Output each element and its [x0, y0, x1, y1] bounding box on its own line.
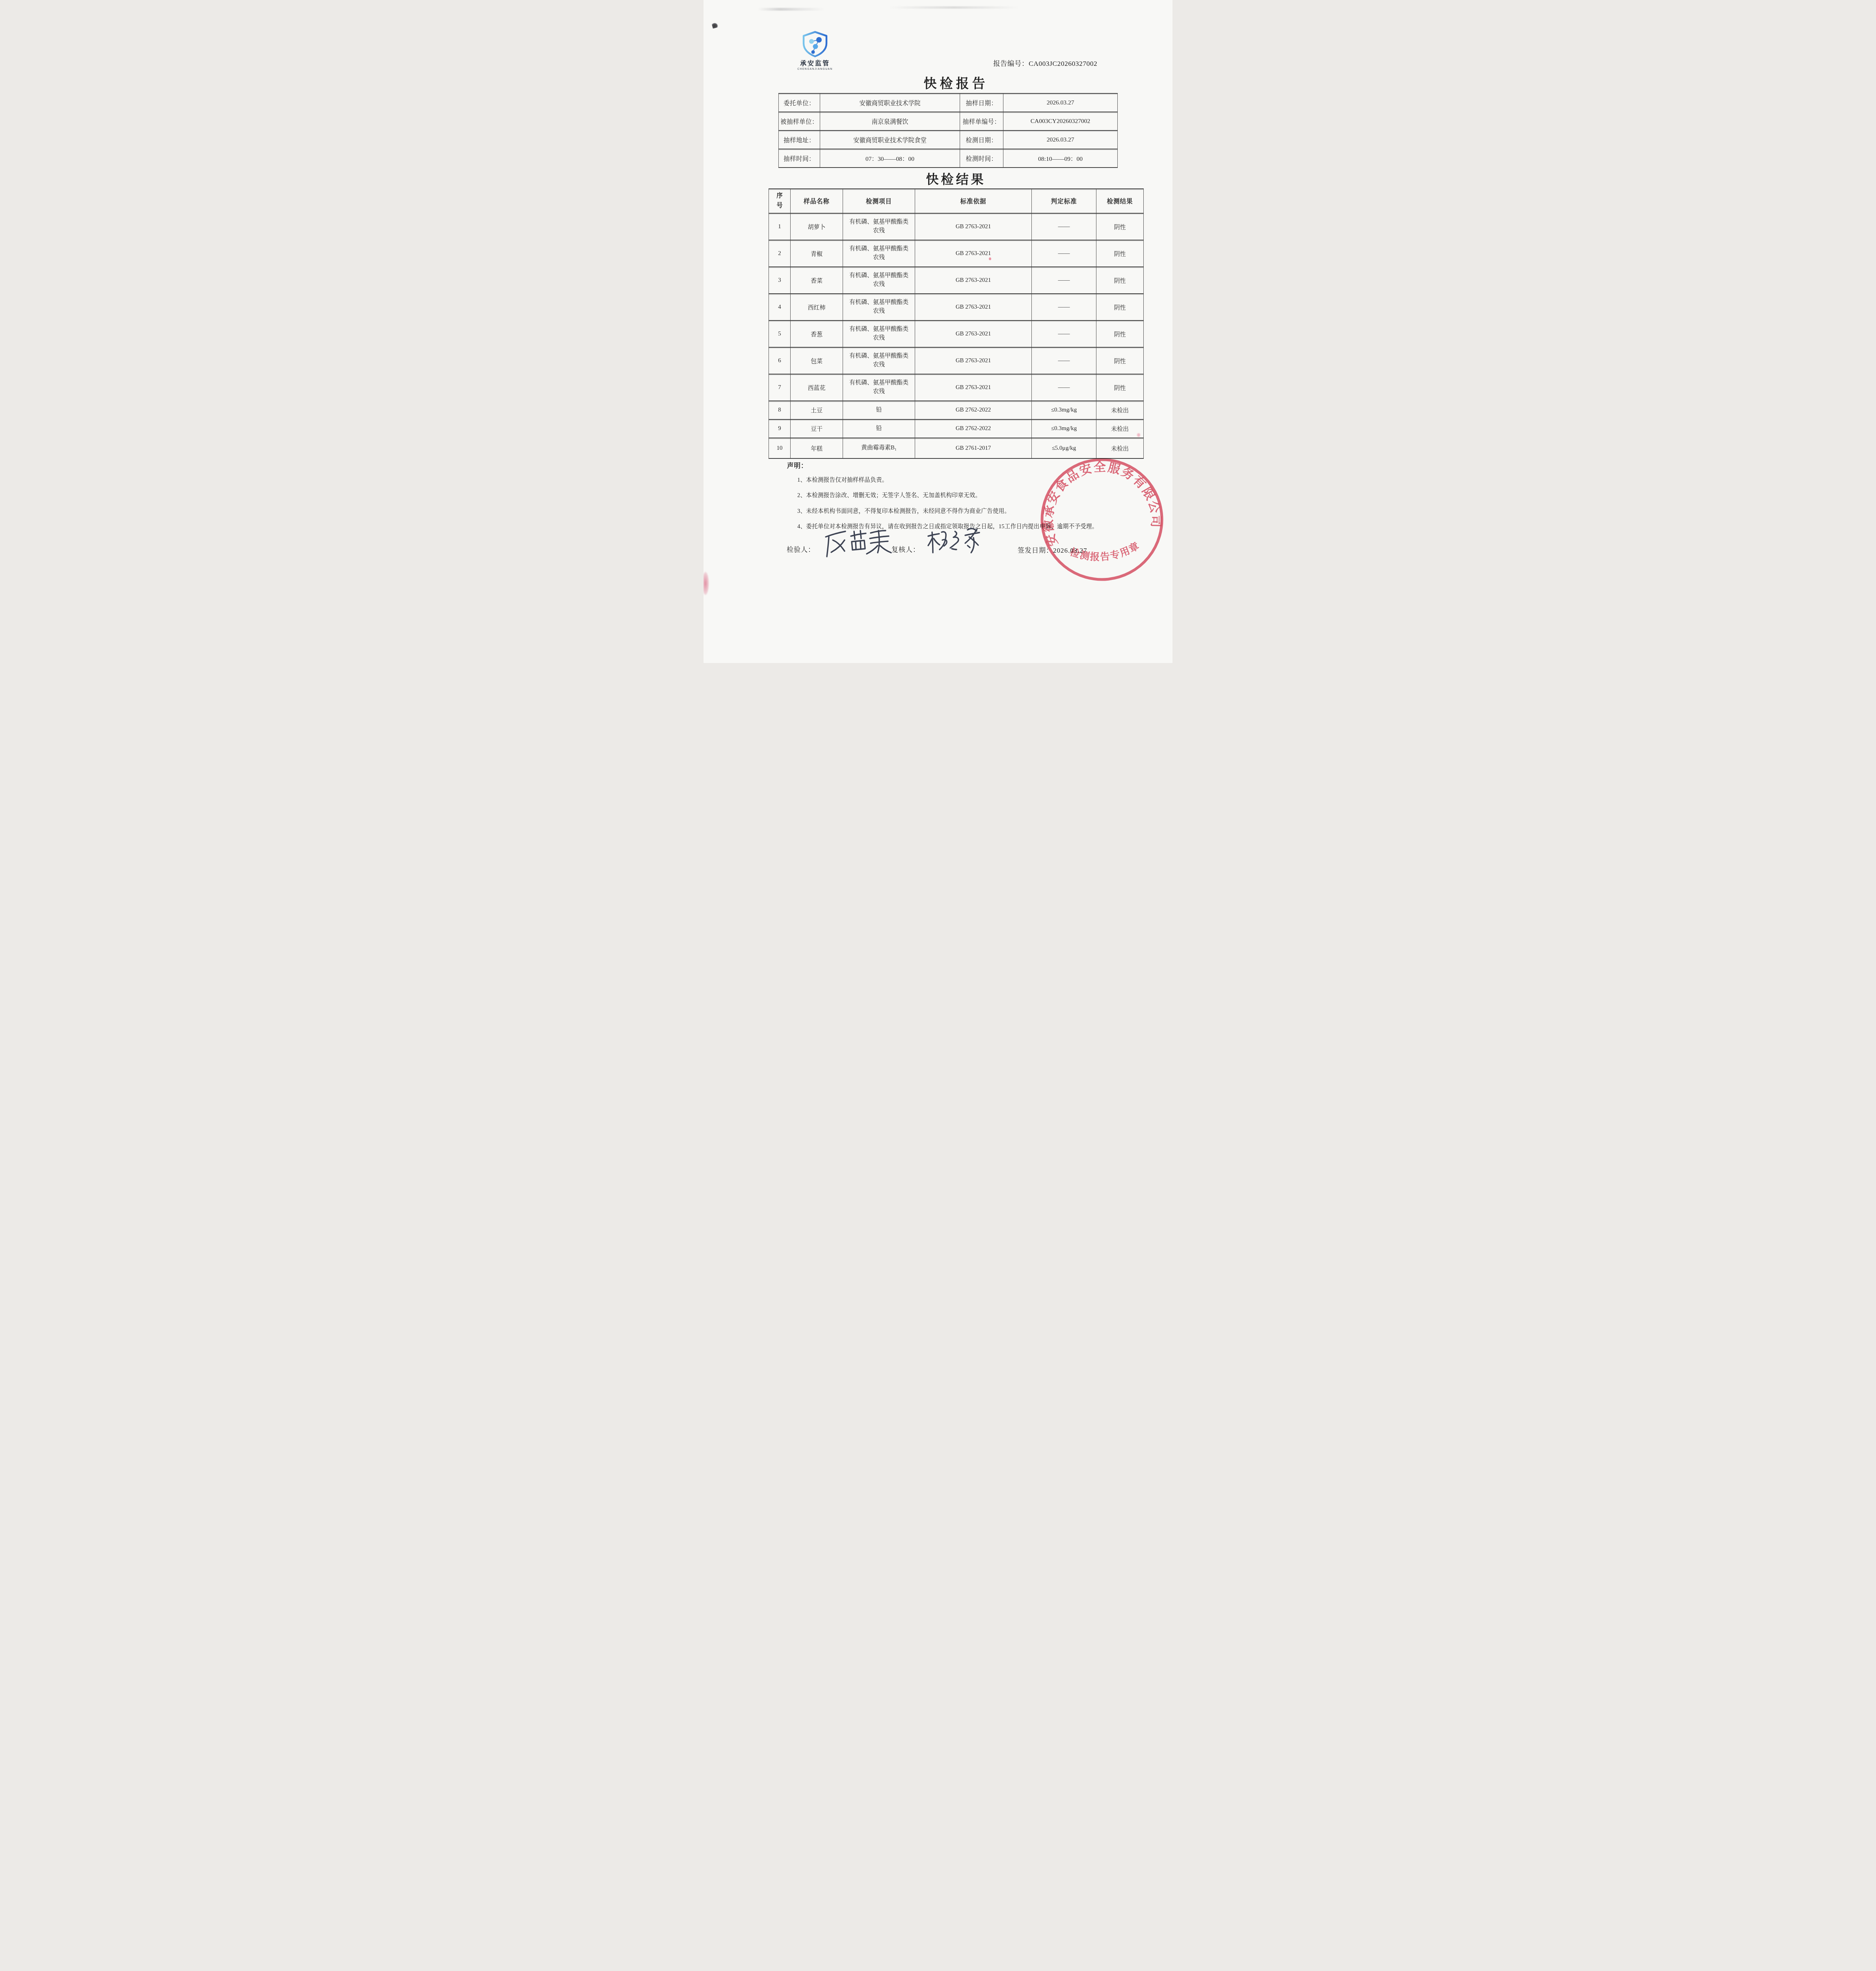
table-row: 委托单位： 安徽商贸职业技术学院 抽样日期： 2026.03.27 [779, 93, 1118, 112]
scan-smudge-mark [712, 22, 718, 28]
cell-result: 阴性 [1096, 294, 1144, 320]
info-label: 检测时间： [960, 149, 1003, 168]
cell-sample: 年糕 [791, 438, 843, 458]
info-label: 抽样时间： [779, 149, 820, 168]
col-header-result: 检测结果 [1096, 189, 1144, 213]
cell-sample: 青椒 [791, 240, 843, 267]
sample-info-table: 委托单位： 安徽商贸职业技术学院 抽样日期： 2026.03.27 被抽样单位：… [778, 93, 1118, 168]
cell-sample: 香葱 [791, 320, 843, 347]
col-header-seq: 序号 [769, 189, 791, 213]
col-header-sample: 样品名称 [791, 189, 843, 213]
cell-seq: 6 [769, 347, 791, 374]
issue-date-label: 签发日期： [1018, 547, 1053, 554]
cell-item: 有机磷、氨基甲酸酯类农残 [843, 294, 915, 320]
report-number-line: 报告编号：CA003JC20260327002 [993, 58, 1135, 68]
scan-smudge-band [758, 8, 825, 11]
cell-sample: 香菜 [791, 267, 843, 294]
statement-item: 1、本检测报告仅对抽样样品负责。 [797, 475, 1134, 485]
cell-criterion: —— [1032, 294, 1096, 320]
cell-standard: GB 2761-2017 [915, 438, 1032, 458]
cell-sample: 西红柿 [791, 294, 843, 320]
table-row: 7 西蓝花 有机磷、氨基甲酸酯类农残 GB 2763-2021 —— 阴性 [769, 374, 1144, 401]
info-label: 抽样单编号： [960, 112, 1003, 130]
report-number-value: CA003JC20260327002 [1029, 60, 1097, 67]
cell-item: 有机磷、氨基甲酸酯类农残 [843, 320, 915, 347]
cell-item: 有机磷、氨基甲酸酯类农残 [843, 267, 915, 294]
cell-criterion: ≤5.0μg/kg [1032, 438, 1096, 458]
cell-standard: GB 2763-2021 [915, 240, 1032, 267]
info-value: 2026.03.27 [1003, 130, 1118, 149]
cell-seq: 8 [769, 401, 791, 419]
table-row: 抽样地址： 安徽商贸职业技术学院食堂 检测日期： 2026.03.27 [779, 130, 1118, 149]
cell-seq: 7 [769, 374, 791, 401]
statement-label: 声明： [787, 460, 1134, 470]
statement-item: 2、本检测报告涂改、增删无效；无签字人签名、无加盖机构印章无效。 [797, 491, 1134, 501]
shield-molecule-icon [800, 31, 830, 58]
cell-seq: 5 [769, 320, 791, 347]
report-number-label: 报告编号： [993, 60, 1029, 67]
cell-sample: 土豆 [791, 401, 843, 419]
cell-item: 铅 [843, 419, 915, 438]
page-title: 快检报告 [769, 73, 1143, 92]
cell-criterion: —— [1032, 213, 1096, 240]
cell-standard: GB 2763-2021 [915, 320, 1032, 347]
cell-seq: 9 [769, 419, 791, 438]
table-row: 6 包菜 有机磷、氨基甲酸酯类农残 GB 2763-2021 —— 阴性 [769, 347, 1144, 374]
table-row: 9 豆干 铅 GB 2762-2022 ≤0.3mg/kg 未检出 [769, 419, 1144, 438]
cell-result: 阴性 [1096, 320, 1144, 347]
info-label: 抽样日期： [960, 93, 1003, 112]
info-value: 08:10——09：00 [1003, 149, 1118, 168]
col-header-criterion: 判定标准 [1032, 189, 1096, 213]
reviewer-label: 复核人： [891, 544, 920, 554]
cell-item: 有机磷、氨基甲酸酯类农残 [843, 347, 915, 374]
cell-standard: GB 2763-2021 [915, 374, 1032, 401]
cell-result: 阴性 [1096, 267, 1144, 294]
reviewer-signature [927, 525, 990, 560]
cell-standard: GB 2763-2021 [915, 267, 1032, 294]
inspector-signature [820, 527, 895, 560]
statement-section: 声明： 1、本检测报告仅对抽样样品负责。 2、本检测报告涂改、增删无效；无签字人… [787, 460, 1134, 532]
table-row: 2 青椒 有机磷、氨基甲酸酯类农残 GB 2763-2021 —— 阴性 [769, 240, 1144, 267]
cell-standard: GB 2763-2021 [915, 294, 1032, 320]
table-row: 3 香菜 有机磷、氨基甲酸酯类农残 GB 2763-2021 —— 阴性 [769, 267, 1144, 294]
results-section-title: 快检结果 [769, 170, 1143, 188]
cell-result: 阴性 [1096, 213, 1144, 240]
cell-item: 铅 [843, 401, 915, 419]
logo-brand-text: 承安监管 [789, 58, 841, 67]
cell-criterion: ≤0.3mg/kg [1032, 401, 1096, 419]
cell-item: 有机磷、氨基甲酸酯类农残 [843, 374, 915, 401]
cell-item: 黄曲霉毒素B₁ [843, 438, 915, 458]
cell-result: 阴性 [1096, 374, 1144, 401]
scan-smudge-band [889, 6, 1019, 9]
cell-criterion: ≤0.3mg/kg [1032, 419, 1096, 438]
cell-result: 未检出 [1096, 419, 1144, 438]
cell-seq: 2 [769, 240, 791, 267]
cell-sample: 包菜 [791, 347, 843, 374]
cell-seq: 4 [769, 294, 791, 320]
cell-item: 有机磷、氨基甲酸酯类农残 [843, 240, 915, 267]
cell-result: 阴性 [1096, 347, 1144, 374]
logo-latin-text: CHENGANJIANGUAN [789, 68, 841, 71]
cell-standard: GB 2763-2021 [915, 347, 1032, 374]
cell-seq: 3 [769, 267, 791, 294]
cell-result: 未检出 [1096, 401, 1144, 419]
issue-date-value: 2026.03.27 [1053, 547, 1087, 554]
cell-criterion: —— [1032, 347, 1096, 374]
cell-standard: GB 2763-2021 [915, 213, 1032, 240]
cell-standard: GB 2762-2022 [915, 401, 1032, 419]
info-value: CA003CY20260327002 [1003, 112, 1118, 130]
report-page: 承安监管 CHENGANJIANGUAN 报告编号：CA003JC2026032… [703, 0, 1172, 663]
info-label: 抽样地址： [779, 130, 820, 149]
cell-criterion: —— [1032, 320, 1096, 347]
cell-sample: 豆干 [791, 419, 843, 438]
cell-result: 未检出 [1096, 438, 1144, 458]
info-label: 被抽样单位： [779, 112, 820, 130]
cell-sample: 胡萝卜 [791, 213, 843, 240]
table-row: 被抽样单位： 南京泉满餐饮 抽样单编号： CA003CY20260327002 [779, 112, 1118, 130]
scan-ink-smudge [703, 572, 709, 595]
issue-date-line: 签发日期：2026.03.27 [1018, 545, 1087, 555]
signature-line: 检验人： 复核人： [703, 524, 1172, 572]
info-value: 安徽商贸职业技术学院 [820, 93, 960, 112]
info-label: 检测日期： [960, 130, 1003, 149]
cell-criterion: —— [1032, 240, 1096, 267]
table-row: 1 胡萝卜 有机磷、氨基甲酸酯类农残 GB 2763-2021 —— 阴性 [769, 213, 1144, 240]
table-row: 8 土豆 铅 GB 2762-2022 ≤0.3mg/kg 未检出 [769, 401, 1144, 419]
info-label: 委托单位： [779, 93, 820, 112]
cell-standard: GB 2762-2022 [915, 419, 1032, 438]
cell-seq: 1 [769, 213, 791, 240]
cell-criterion: —— [1032, 374, 1096, 401]
table-row: 10 年糕 黄曲霉毒素B₁ GB 2761-2017 ≤5.0μg/kg 未检出 [769, 438, 1144, 458]
cell-item: 有机磷、氨基甲酸酯类农残 [843, 213, 915, 240]
table-row: 抽样时间： 07：30——08：00 检测时间： 08:10——09：00 [779, 149, 1118, 168]
table-row: 4 西红柿 有机磷、氨基甲酸酯类农残 GB 2763-2021 —— 阴性 [769, 294, 1144, 320]
info-value: 2026.03.27 [1003, 93, 1118, 112]
cell-sample: 西蓝花 [791, 374, 843, 401]
table-row: 5 香葱 有机磷、氨基甲酸酯类农残 GB 2763-2021 —— 阴性 [769, 320, 1144, 347]
agency-logo: 承安监管 CHENGANJIANGUAN [789, 31, 841, 71]
statement-item: 3、未经本机构书面同意，不得复印本检测报告，未经同意不得作为商业广告使用。 [797, 507, 1134, 516]
col-header-item: 检测项目 [843, 189, 915, 213]
results-header-row: 序号 样品名称 检测项目 标准依据 判定标准 检测结果 [769, 189, 1144, 213]
info-value: 安徽商贸职业技术学院食堂 [820, 130, 960, 149]
col-header-standard: 标准依据 [915, 189, 1032, 213]
results-table: 序号 样品名称 检测项目 标准依据 判定标准 检测结果 1 胡萝卜 有机磷、氨基… [769, 188, 1144, 459]
cell-seq: 10 [769, 438, 791, 458]
cell-result: 阴性 [1096, 240, 1144, 267]
info-value: 南京泉满餐饮 [820, 112, 960, 130]
info-value: 07：30——08：00 [820, 149, 960, 168]
cell-criterion: —— [1032, 267, 1096, 294]
inspector-label: 检验人： [787, 544, 815, 554]
